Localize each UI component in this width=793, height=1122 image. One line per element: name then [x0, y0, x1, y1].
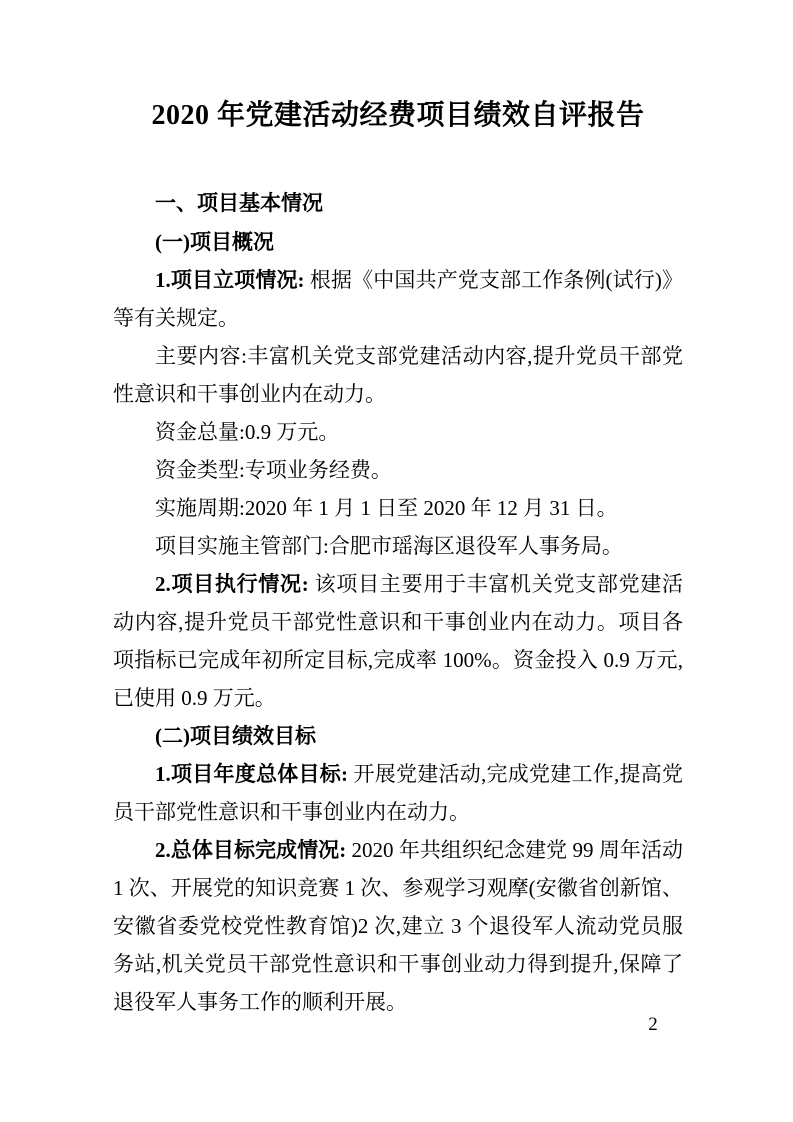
paragraph-goal-completion: 2.总体目标完成情况: 2020 年共组织纪念建党 99 周年活动 1 次、开展… — [113, 831, 683, 1021]
paragraph-implementation-period: 实施周期:2020 年 1 月 1 日至 2020 年 12 月 31 日。 — [113, 489, 683, 527]
paragraph-text: 实施周期:2020 年 1 月 1 日至 2020 年 12 月 31 日。 — [155, 496, 618, 520]
document-title: 2020 年党建活动经费项目绩效自评报告 — [113, 97, 683, 135]
document-content: 2020 年党建活动经费项目绩效自评报告 一、项目基本情况 (一)项目概况 1.… — [113, 97, 683, 1021]
subsection-heading-project-overview: (一)项目概况 — [113, 223, 683, 261]
paragraph-responsible-department: 项目实施主管部门:合肥市瑶海区退役军人事务局。 — [113, 527, 683, 565]
paragraph-lead: 2.总体目标完成情况: — [155, 838, 346, 862]
paragraph-text: 资金类型:专项业务经费。 — [155, 458, 392, 482]
paragraph-text: 资金总量:0.9 万元。 — [155, 420, 339, 444]
paragraph-main-content: 主要内容:丰富机关党支部党建活动内容,提升党员干部党性意识和干事创业内在动力。 — [113, 337, 683, 413]
paragraph-text: 项目实施主管部门:合肥市瑶海区退役军人事务局。 — [155, 534, 623, 558]
paragraph-lead: 1.项目年度总体目标: — [155, 762, 348, 786]
paragraph-lead: 1.项目立项情况: — [155, 268, 305, 292]
paragraph-project-execution: 2.项目执行情况: 该项目主要用于丰富机关党支部党建活动内容,提升党员干部党性意… — [113, 565, 683, 717]
paragraph-text: 主要内容:丰富机关党支部党建活动内容,提升党员干部党性意识和干事创业内在动力。 — [113, 344, 683, 406]
paragraph-lead: 2.项目执行情况: — [155, 572, 309, 596]
paragraph-fund-total: 资金总量:0.9 万元。 — [113, 413, 683, 451]
subsection-heading-performance-goals: (二)项目绩效目标 — [113, 717, 683, 755]
paragraph-annual-overall-goal: 1.项目年度总体目标: 开展党建活动,完成党建工作,提高党员干部党性意识和干事创… — [113, 755, 683, 831]
document-page: 2020 年党建活动经费项目绩效自评报告 一、项目基本情况 (一)项目概况 1.… — [0, 0, 793, 1122]
paragraph-fund-type: 资金类型:专项业务经费。 — [113, 451, 683, 489]
paragraph-text: 2020 年共组织纪念建党 99 周年活动 1 次、开展党的知识竞赛 1 次、参… — [113, 838, 683, 1014]
section-heading-basic-info: 一、项目基本情况 — [113, 185, 683, 223]
page-number: 2 — [638, 1012, 668, 1038]
paragraph-project-initiation: 1.项目立项情况: 根据《中国共产党支部工作条例(试行)》等有关规定。 — [113, 261, 683, 337]
